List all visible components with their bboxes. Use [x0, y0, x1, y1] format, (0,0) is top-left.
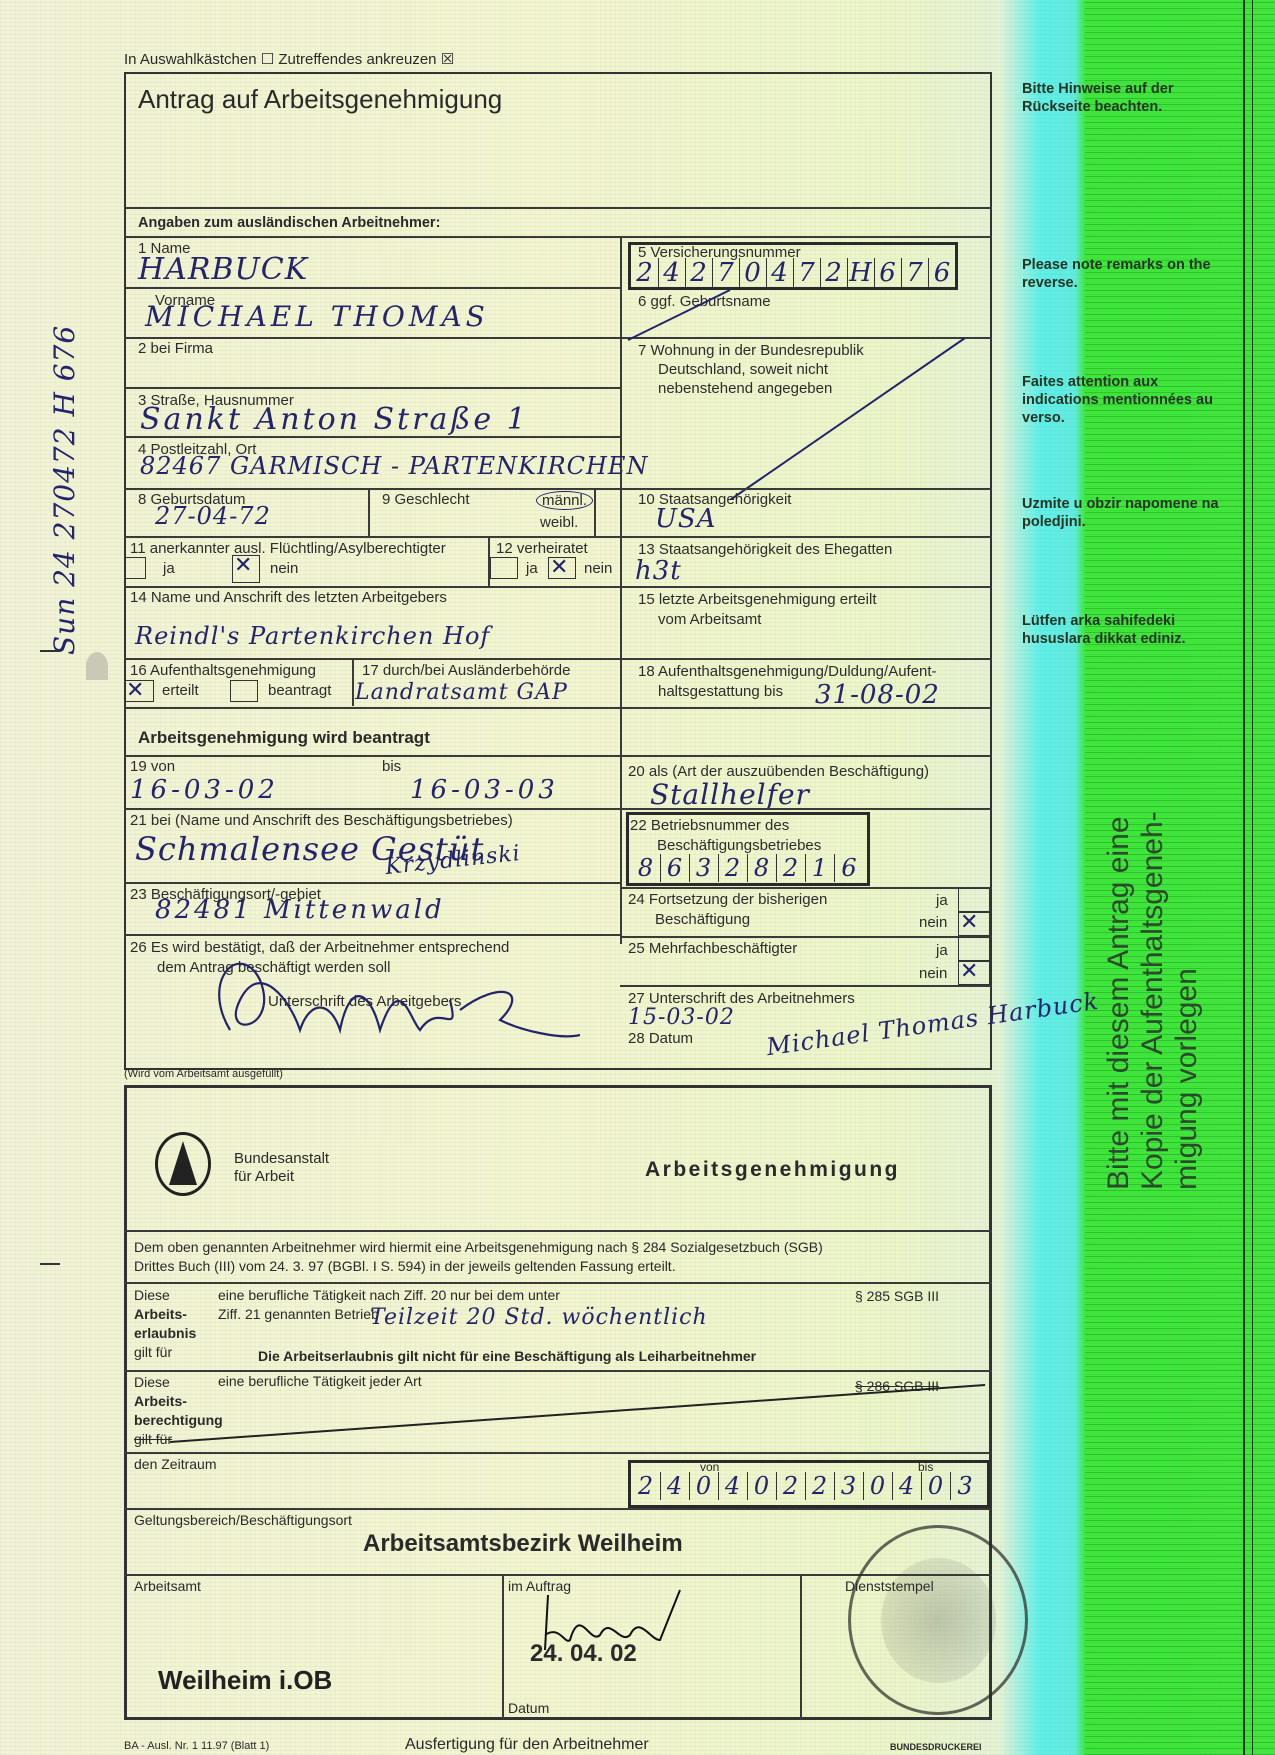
digit: 4	[719, 1472, 748, 1500]
field-19-from-input[interactable]: 16-03-02	[130, 775, 279, 805]
erlaubnis-handwritten-restriction[interactable]: Teilzeit 20 Std. wöchentlich	[370, 1305, 708, 1330]
field-25-label: 25 Mehrfachbeschäftigter	[628, 940, 797, 957]
field-11-ja-checkbox[interactable]	[124, 557, 146, 579]
side-label-line: Arbeits-	[134, 1305, 196, 1324]
field-19-to-input[interactable]: 16-03-03	[410, 775, 559, 805]
field-16-erteilt-label: erteilt	[162, 682, 199, 699]
field-13-spouse-nationality-input[interactable]: h3t	[635, 556, 682, 586]
field-3-street-input[interactable]: Sankt Anton Straße 1	[140, 402, 529, 437]
field-18-valid-until-input[interactable]: 31-08-02	[815, 680, 940, 710]
field-17-label: 17 durch/bei Ausländerbehörde	[362, 662, 571, 679]
official-stamp	[848, 1525, 1028, 1715]
side-label-line: gilt für	[134, 1343, 196, 1362]
digit: 3	[951, 1472, 980, 1500]
field-12-ja-label: ja	[526, 560, 538, 577]
footer-form-id: BA - Ausl. Nr. 1 11.97 (Blatt 1)	[124, 1740, 269, 1752]
zeitraum-label: den Zeitraum	[134, 1456, 216, 1472]
field-18-label-line: 18 Aufenthaltsgenehmigung/Duldung/Aufent…	[638, 662, 937, 682]
field-16-beantragt-label: beantragt	[268, 682, 331, 699]
section-heading-request: Arbeitsgenehmigung wird beantragt	[138, 728, 430, 748]
vorname-input[interactable]: MICHAEL THOMAS	[145, 300, 489, 333]
instruction-text: In Auswahlkästchen ☐ Zutreffendes ankreu…	[124, 50, 454, 68]
field-14-last-employer-input[interactable]: Reindl's Partenkirchen Hof	[135, 622, 490, 650]
side-note-french: Faites attention aux indications mention…	[1022, 373, 1222, 427]
side-note-turkish: Lütfen arka sahifedeki hususlara dikkat …	[1022, 612, 1222, 648]
side-label-line: erlaubnis	[134, 1324, 196, 1343]
page-edge-line	[1243, 0, 1245, 1755]
field-24-label-line: 24 Fortsetzung der bisherigen	[628, 890, 827, 910]
footer-printer: BUNDESDRUCKEREI	[890, 1742, 982, 1752]
digit: 4	[893, 1472, 922, 1500]
digit: 0	[864, 1472, 893, 1500]
field-9-label: 9 Geschlecht	[382, 491, 470, 508]
digit: 2	[777, 1472, 806, 1500]
field-4-city-input[interactable]: 82467 GARMISCH - PARTENKIRCHEN	[140, 452, 648, 480]
punch-mark	[40, 1263, 60, 1265]
punch-mark	[40, 650, 60, 652]
digit: 0	[690, 1472, 719, 1500]
field-12-ja-checkbox[interactable]	[490, 557, 518, 579]
strike-through-line	[170, 1380, 990, 1450]
org-name-line: für Arbeit	[234, 1168, 329, 1186]
issue-date: 24. 04. 02	[530, 1640, 637, 1668]
field-12-label: 12 verheiratet	[496, 540, 588, 557]
field-16-beantragt-checkbox[interactable]	[230, 680, 258, 702]
field-17-authority-input[interactable]: Landratsamt GAP	[355, 680, 568, 705]
field-25-nein-label: nein	[919, 965, 947, 982]
field-20-occupation-input[interactable]: Stallhelfer	[650, 778, 810, 811]
section-heading-worker: Angaben zum ausländischen Arbeitnehmer:	[138, 215, 440, 231]
gender-option-female[interactable]: weibl.	[540, 514, 578, 531]
side-note-croatian: Uzmite u obzir napomene na poledjini.	[1022, 495, 1222, 531]
field-11-nein-checkbox[interactable]	[232, 555, 260, 583]
arbeitsamt-label: Arbeitsamt	[134, 1578, 201, 1594]
field-23-location-input[interactable]: 82481 Mittenwald	[155, 895, 445, 925]
permit-intro-line: Drittes Buch (III) vom 24. 3. 97 (BGBl. …	[134, 1257, 823, 1276]
field-16-label: 16 Aufenthaltsgenehmigung	[130, 662, 316, 679]
field-15-label-line: 15 letzte Arbeitsgenehmigung erteilt	[638, 590, 876, 610]
digit: 3	[690, 854, 719, 882]
digit: 2	[777, 854, 806, 882]
erlaubnis-side-label: Diese Arbeits- erlaubnis gilt für	[134, 1286, 196, 1362]
gender-option-male[interactable]: männl.	[536, 491, 593, 510]
erlaubnis-legal-ref: § 285 SGB III	[855, 1288, 939, 1304]
geltung-value: Arbeitsamtsbezirk Weilheim	[363, 1530, 683, 1558]
digit: 6	[661, 854, 690, 882]
field-24-ja-label: ja	[936, 892, 948, 909]
permit-intro: Dem oben genannten Arbeitnehmer wird hie…	[134, 1238, 823, 1276]
digit: 2	[719, 854, 748, 882]
field-1-name-input[interactable]: HARBUCK	[138, 252, 308, 287]
digit: 2	[806, 1472, 835, 1500]
field-16-erteilt-checkbox[interactable]	[124, 680, 154, 702]
field-22-label-line: 22 Betriebsnummer des	[630, 816, 821, 836]
field-14-label: 14 Name und Anschrift des letzten Arbeit…	[130, 589, 447, 606]
digit: 2	[632, 1472, 661, 1500]
field-24-label-line: Beschäftigung	[628, 910, 827, 930]
erlaubnis-text-line: eine berufliche Tätigkeit nach Ziff. 20 …	[218, 1286, 560, 1305]
punch-hole	[86, 652, 108, 680]
field-15-label-line: vom Arbeitsamt	[638, 610, 876, 630]
digit: 0	[748, 1472, 777, 1500]
field-11-label: 11 anerkannter ausl. Flüchtling/Asylbere…	[130, 540, 446, 557]
margin-handwritten-note: Sun 24 270472 H 676	[48, 325, 81, 655]
field-12-nein-checkbox[interactable]	[548, 557, 576, 579]
erlaubnis-note: Die Arbeitserlaubnis gilt nicht für eine…	[258, 1348, 756, 1364]
field-11-ja-label: ja	[163, 560, 175, 577]
field-8-birthdate-input[interactable]: 27-04-72	[155, 502, 271, 530]
field-22-label: 22 Betriebsnummer des Beschäftigungsbetr…	[630, 816, 821, 856]
field-19-label: 19 von	[130, 758, 175, 775]
datum-label: Datum	[508, 1700, 549, 1716]
digit: 8	[748, 854, 777, 882]
side-note-english: Please note remarks on the reverse.	[1022, 256, 1222, 292]
page-edge-line	[1252, 0, 1253, 1755]
field-15-label: 15 letzte Arbeitsgenehmigung erteilt vom…	[638, 590, 876, 630]
digit: 0	[922, 1472, 951, 1500]
field-10-nationality-input[interactable]: USA	[655, 504, 717, 534]
office-use-note: (Wird vom Arbeitsamt ausgefüllt)	[124, 1068, 283, 1080]
vertical-note-line-3: migung vorlegen	[1170, 968, 1204, 1190]
zeitraum-dates[interactable]: 2 4 0 4 0 2 2 3 0 4 0 3	[632, 1472, 980, 1500]
page-title: Antrag auf Arbeitsgenehmigung	[138, 84, 502, 115]
field-25-ja-label: ja	[936, 942, 948, 959]
eagle-emblem-icon	[881, 1558, 996, 1683]
arbeitsamt-value: Weilheim i.OB	[158, 1665, 332, 1696]
field-19-bis-label: bis	[382, 758, 401, 775]
digit: 3	[835, 1472, 864, 1500]
strike-through-lines	[620, 280, 992, 500]
digit: 4	[661, 1472, 690, 1500]
side-label-line: Diese	[134, 1286, 196, 1305]
side-note-german: Bitte Hinweise auf der Rückseite beachte…	[1022, 80, 1222, 116]
office-title: Arbeitsgenehmigung	[645, 1158, 900, 1182]
field-28-label: 28 Datum	[628, 1030, 693, 1047]
field-24-nein-label: nein	[919, 914, 947, 931]
field-12-nein-label: nein	[584, 560, 612, 577]
employer-signature[interactable]	[200, 940, 580, 1050]
field-2-label: 2 bei Firma	[138, 340, 213, 357]
digit: 6	[835, 854, 864, 882]
digit: 8	[632, 854, 661, 882]
permit-intro-line: Dem oben genannten Arbeitnehmer wird hie…	[134, 1238, 823, 1257]
field-24-nein-checkbox[interactable]	[958, 912, 990, 936]
geltung-label: Geltungsbereich/Beschäftigungsort	[134, 1512, 352, 1528]
field-24-label: 24 Fortsetzung der bisherigen Beschäftig…	[628, 890, 827, 930]
vertical-note-line-1: Bitte mit diesem Antrag eine	[1102, 816, 1136, 1190]
digit: 1	[806, 854, 835, 882]
org-name-line: Bundesanstalt	[234, 1150, 329, 1168]
field-21-label: 21 bei (Name und Anschrift des Beschäfti…	[130, 812, 513, 829]
vertical-note-line-2: Kopie der Aufenthaltsgeneh-	[1136, 811, 1170, 1190]
field-25-nein-checkbox[interactable]	[958, 961, 990, 985]
field-27-date-input[interactable]: 15-03-02	[628, 1005, 735, 1030]
field-22-label-line: Beschäftigungsbetriebes	[630, 836, 821, 856]
field-11-nein-label: nein	[270, 560, 298, 577]
footer-copy-note: Ausfertigung für den Arbeitnehmer	[405, 1736, 649, 1754]
field-22-company-number[interactable]: 8 6 3 2 8 2 1 6	[632, 854, 864, 882]
bundesanstalt-logo-icon	[155, 1132, 211, 1196]
org-name: Bundesanstalt für Arbeit	[234, 1150, 329, 1186]
